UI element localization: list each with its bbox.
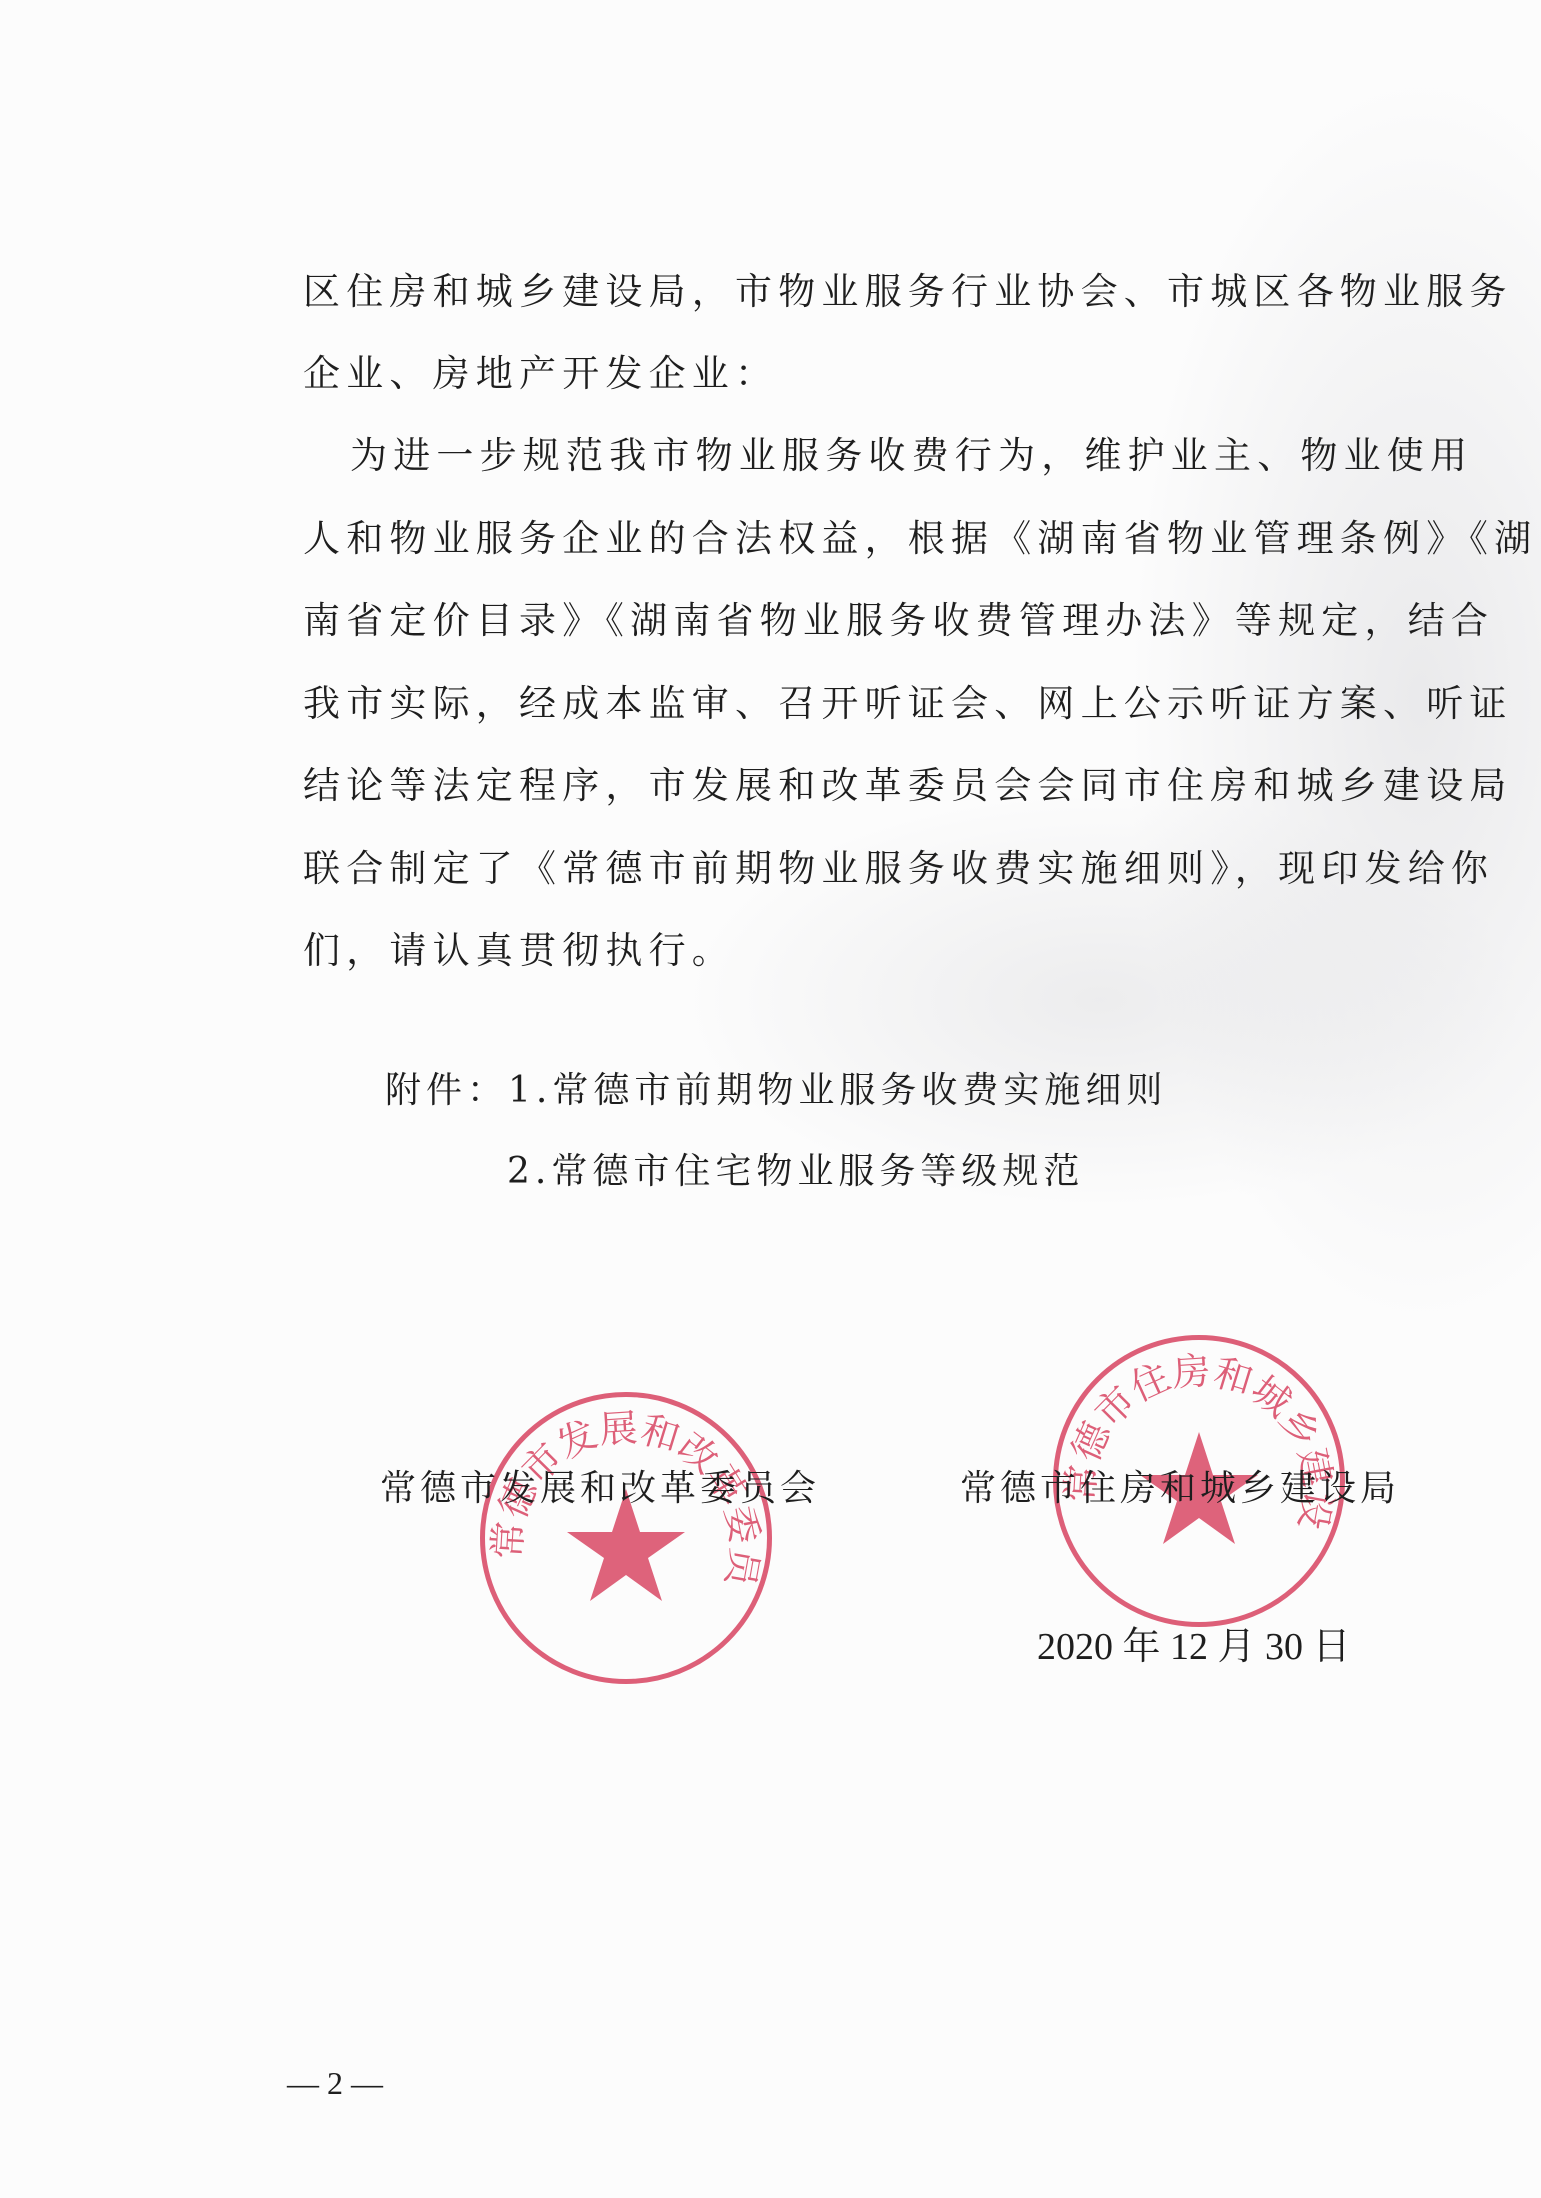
body-line-3: 南省定价目录》《湖南省物业服务收费管理办法》等规定，结合 xyxy=(303,597,1494,645)
official-stamp-drc: 常德市发展和改革委员会 xyxy=(480,1392,772,1684)
document-page: 区住房和城乡建设局，市物业服务行业协会、市城区各物业服务 企业、房地产开发企业：… xyxy=(0,0,1541,2198)
addressee-line-2: 企业、房地产开发企业： xyxy=(303,350,778,398)
page-number: — 2 — xyxy=(287,2063,383,2103)
star-icon: 常德市发展和改革委员会 xyxy=(485,1397,767,1679)
body-line-4: 我市实际，经成本监审、召开听证会、网上公示听证方案、听证 xyxy=(303,680,1513,728)
attachment-item-2: 2.常德市住宅物业服务等级规范 xyxy=(507,1148,1084,1196)
body-line-5: 结论等法定程序，市发展和改革委员会会同市住房和城乡建设局 xyxy=(303,762,1513,810)
signer-housing: 常德市住房和城乡建设局 xyxy=(960,1465,1400,1513)
issue-date: 2020 年 12 月 30 日 xyxy=(1037,1623,1351,1671)
attachment-item-1: 1.常德市前期物业服务收费实施细则 xyxy=(508,1070,1167,1111)
addressee-line-1: 区住房和城乡建设局，市物业服务行业协会、市城区各物业服务 xyxy=(303,268,1513,316)
body-line-2: 人和物业服务企业的合法权益，根据《湖南省物业管理条例》《湖 xyxy=(303,515,1537,563)
signer-drc: 常德市发展和改革委员会 xyxy=(380,1465,820,1513)
attachments: 附件：1.常德市前期物业服务收费实施细则 xyxy=(385,1067,1167,1115)
attachments-label: 附件： xyxy=(385,1070,508,1111)
body-line-6: 联合制定了《常德市前期物业服务收费实施细则》，现印发给你 xyxy=(303,845,1494,893)
body-line-7: 们，请认真贯彻执行。 xyxy=(303,927,735,975)
body-line-1: 为进一步规范我市物业服务收费行为，维护业主、物业使用 xyxy=(350,432,1473,480)
